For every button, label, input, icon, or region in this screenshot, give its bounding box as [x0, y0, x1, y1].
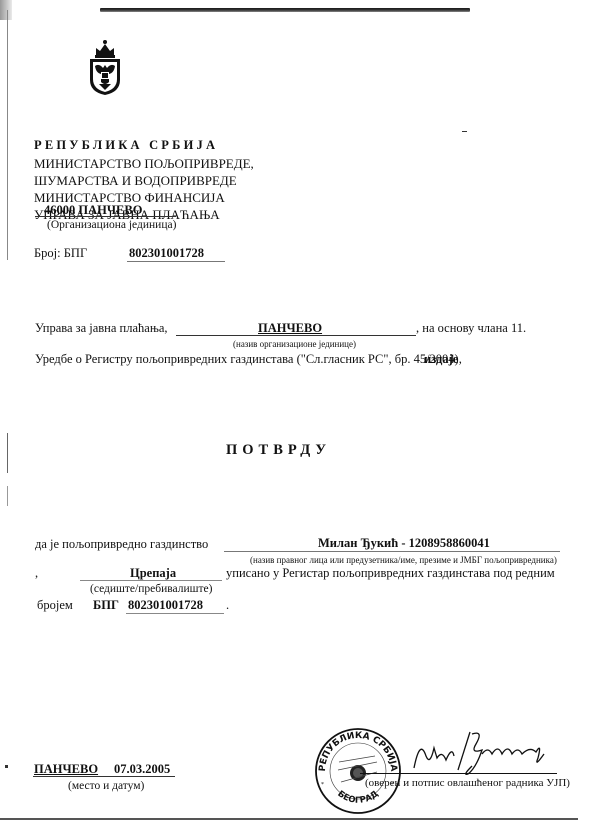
- org-unit-caption: (Организациона јединица): [47, 219, 176, 231]
- intro-org-caption: (назив организационе јединице): [233, 339, 356, 349]
- svg-text:БЕОГРАД: БЕОГРАД: [335, 789, 380, 806]
- official-stamp-icon: РЕПУБЛИКА СРБИЈА БЕОГРАД * *: [313, 726, 403, 816]
- bpg-value: 802301001728: [128, 598, 203, 613]
- seat-underline: [80, 580, 222, 581]
- scan-speck: [462, 131, 467, 132]
- body-comma: ,: [35, 566, 38, 581]
- bpg-label: БПГ: [93, 598, 119, 613]
- scan-speck: [5, 765, 8, 768]
- scan-top-edge: [100, 8, 470, 12]
- number-value: 802301001728: [129, 246, 204, 261]
- body-line1-prefix: да је пољопривредно газдинство: [35, 537, 208, 552]
- intro-org-underline: [176, 335, 416, 336]
- intro-prefix: Управа за јавна плаћања,: [35, 321, 168, 336]
- seat-caption: (седиште/пребивалиште): [90, 583, 212, 595]
- holder-caption: (назив правног лица или предузетника/име…: [250, 555, 557, 565]
- footer-place: ПАНЧЕВО: [34, 762, 98, 777]
- footer-date: 07.03.2005: [114, 762, 170, 777]
- holder-value: Милан Ђукић - 1208958860041: [318, 536, 490, 551]
- coat-of-arms-icon: [87, 38, 123, 96]
- body-period: .: [226, 598, 229, 613]
- place-date-underline: [33, 776, 175, 777]
- signature-caption: (оверен и потпис овлашћеног радника УЈП): [365, 777, 570, 789]
- svg-text:*: *: [321, 782, 324, 788]
- scan-corner-artifact: [0, 0, 12, 20]
- signature-icon: [412, 728, 557, 778]
- signature-underline: [360, 773, 557, 774]
- scan-left-edge: [7, 486, 8, 506]
- registered-text: уписано у Регистар пољопривредних газдин…: [226, 566, 555, 581]
- bpg-underline: [126, 613, 224, 614]
- scan-left-edge: [7, 10, 8, 260]
- intro-action: издаје: [424, 352, 458, 367]
- scan-bottom-edge: [0, 818, 578, 820]
- intro-suffix: , на основу члана 11.: [416, 321, 526, 336]
- document-title: ПОТВРДУ: [226, 442, 331, 459]
- intro-regulation: Уредбе о Регистру пољопривредних газдинс…: [35, 352, 462, 367]
- org-unit-underline: [35, 216, 176, 217]
- number-label: бројем: [37, 598, 73, 613]
- number-label: Број: БПГ: [34, 246, 87, 261]
- scan-left-edge: [7, 433, 8, 473]
- country-heading: РЕПУБЛИКА СРБИЈА: [34, 138, 218, 153]
- number-underline: [127, 261, 225, 262]
- place-date-caption: (место и датум): [68, 780, 144, 792]
- intro-org-value: ПАНЧЕВО: [258, 321, 322, 336]
- holder-underline: [224, 551, 560, 552]
- seat-value: Црепаја: [130, 566, 176, 581]
